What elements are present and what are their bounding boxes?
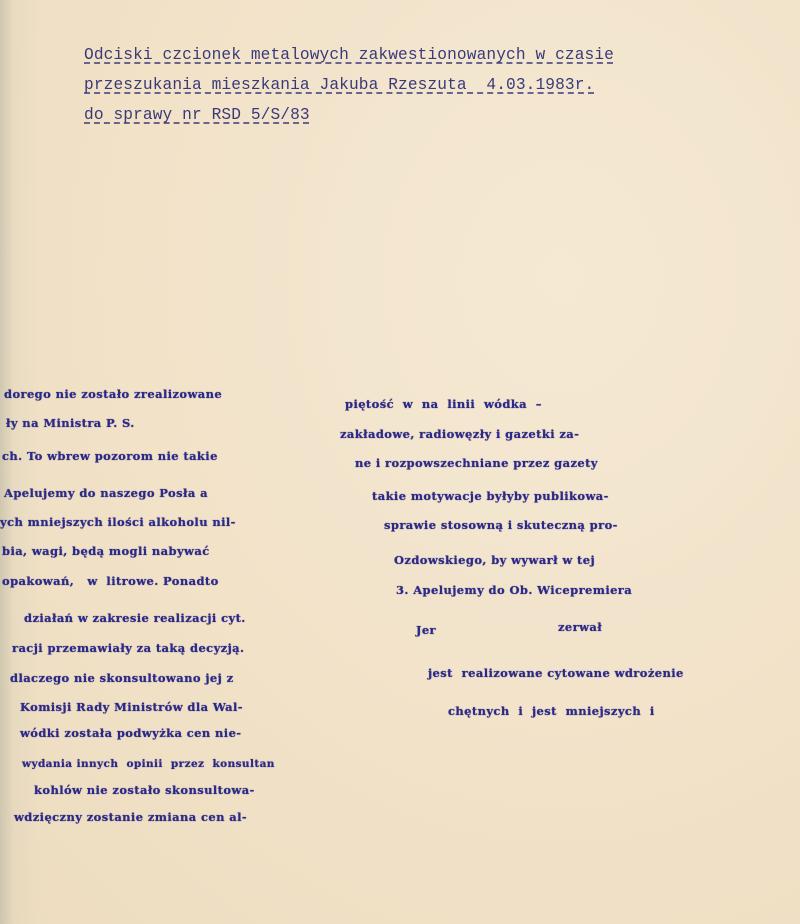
specimen-line: zakładowe, radiowęzły i gazetki za- [340, 427, 579, 441]
right-typeface-specimen: piętość w na linii wódka – zakładowe, ra… [0, 0, 800, 924]
specimen-line: Ozdowskiego, by wywarł w tej [394, 553, 595, 567]
specimen-line: 3. Apelujemy do Ob. Wicepremiera [396, 583, 632, 597]
specimen-line: ne i rozpowszechniane przez gazety [355, 456, 598, 470]
specimen-line: takie motywacje byłyby publikowa- [372, 489, 609, 503]
specimen-line: piętość w na linii wódka – [345, 397, 542, 411]
specimen-fragment: zerwał [558, 620, 602, 634]
specimen-line: jest realizowane cytowane wdrożenie [428, 666, 684, 680]
specimen-fragment: Jer [416, 623, 436, 637]
specimen-line: chętnych i jest mniejszych i [448, 704, 655, 718]
specimen-line: sprawie stosowną i skuteczną pro- [384, 518, 618, 532]
